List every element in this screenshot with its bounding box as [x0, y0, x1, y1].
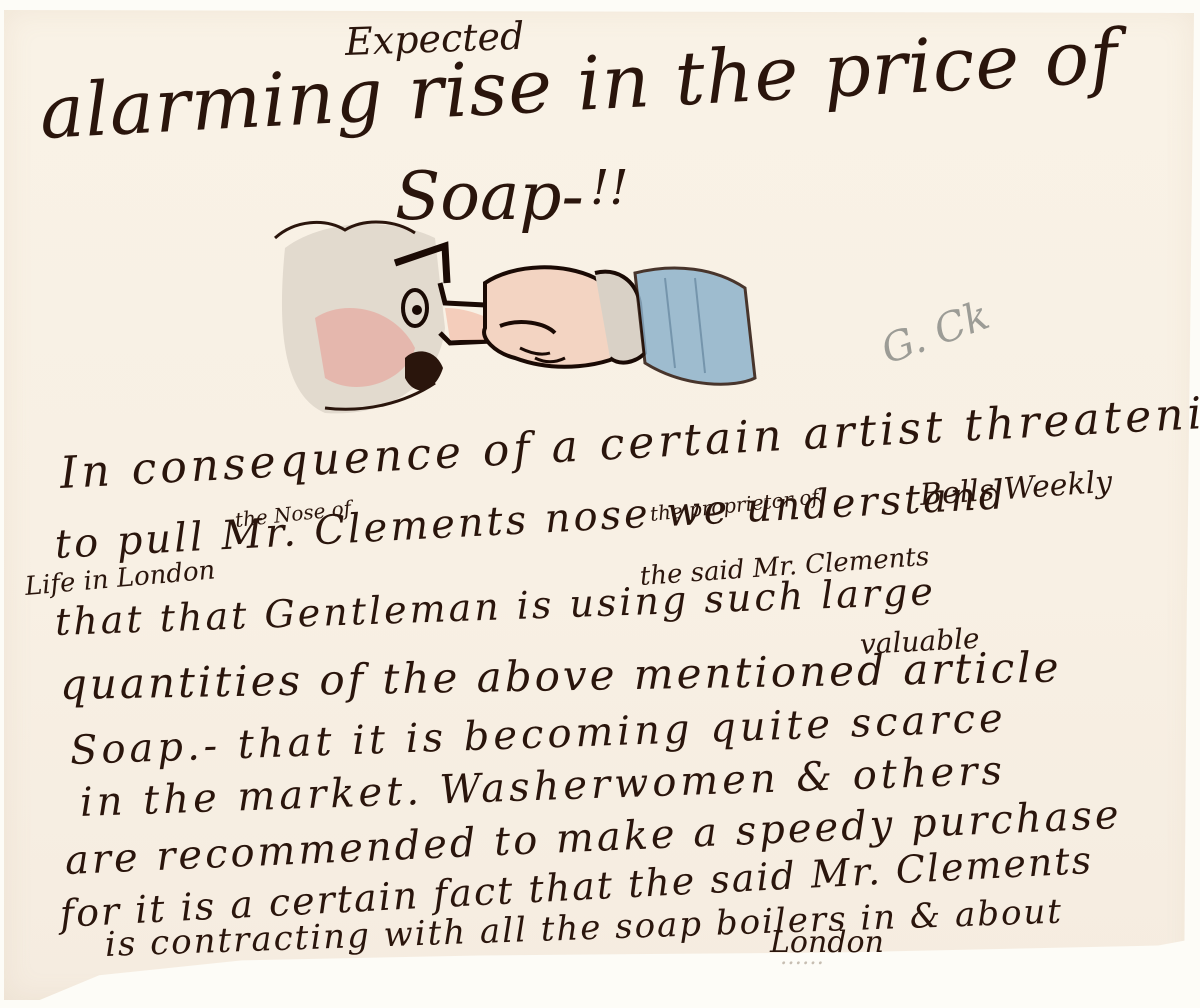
faint-pencil-note: ……: [780, 945, 824, 970]
nose-pulling-sketch: [265, 208, 765, 428]
